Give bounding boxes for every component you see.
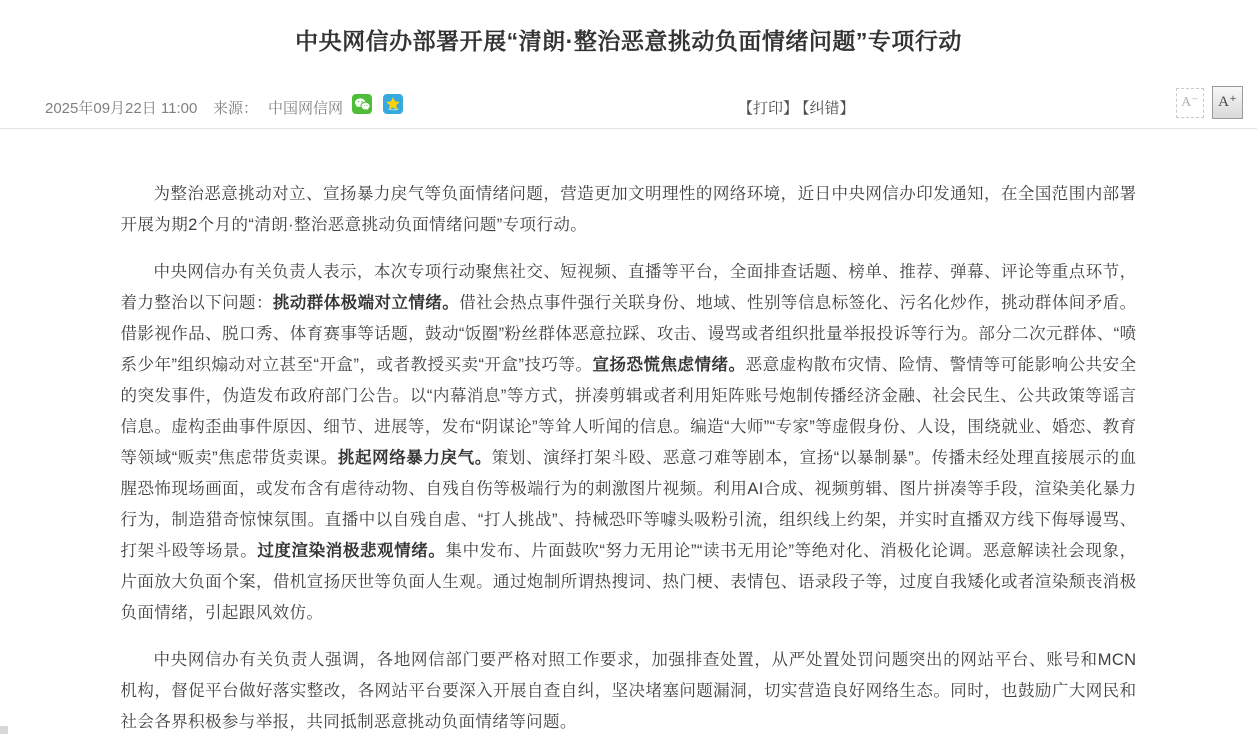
wechat-share-icon[interactable] — [352, 94, 372, 114]
article-actions: 【打印】【纠错】 — [738, 97, 859, 118]
error-correction-button[interactable]: 【纠错】 — [802, 100, 855, 117]
article-paragraph: 为整治恶意挑动对立、宣扬暴力戾气等负面情绪问题，营造更加文明理性的网络环境，近日… — [121, 179, 1137, 241]
text-segment: 中央网信办有关负责人强调，各地网信部门要严格对照工作要求，加强排查处置，从严处置… — [121, 651, 1137, 731]
font-increase-button[interactable]: A⁺ — [1212, 86, 1243, 119]
article-paragraph: 中央网信办有关负责人表示，本次专项行动聚焦社交、短视频、直播等平台，全面排查话题… — [121, 257, 1137, 629]
bold-text-segment: 挑动群体极端对立情绪。 — [273, 294, 459, 312]
publish-date: 2025年09月22日 11:00 — [45, 97, 197, 118]
article-body: 为整治恶意挑动对立、宣扬暴力戾气等负面情绪问题，营造更加文明理性的网络环境，近日… — [121, 129, 1137, 734]
source-label: 来源： — [213, 100, 258, 117]
article-page: 中央网信办部署开展“清朗·整治恶意挑动负面情绪问题”专项行动 2025年09月2… — [0, 0, 1257, 734]
meta-bar: 2025年09月22日 11:00 来源：中国网信网 — [0, 92, 1257, 122]
qzone-share-icon[interactable] — [383, 94, 403, 114]
source-name: 中国网信网 — [268, 100, 343, 117]
font-size-controls: A⁻ A⁺ — [1176, 86, 1243, 119]
text-segment: 为整治恶意挑动对立、宣扬暴力戾气等负面情绪问题，营造更加文明理性的网络环境，近日… — [121, 185, 1137, 234]
print-button[interactable]: 【打印】 — [738, 100, 798, 117]
bold-text-segment: 过度渲染消极悲观情绪。 — [257, 542, 445, 560]
bold-text-segment: 挑起网络暴力戾气。 — [338, 449, 492, 467]
article-paragraph: 中央网信办有关负责人强调，各地网信部门要严格对照工作要求，加强排查处置，从严处置… — [121, 645, 1137, 734]
font-decrease-button[interactable]: A⁻ — [1176, 88, 1204, 118]
bold-text-segment: 宣扬恐慌焦虑情绪。 — [593, 356, 746, 374]
share-icon-group — [352, 94, 410, 114]
page-title: 中央网信办部署开展“清朗·整治恶意挑动负面情绪问题”专项行动 — [0, 0, 1257, 56]
footer-edge — [0, 726, 8, 734]
source-info: 来源：中国网信网 — [213, 97, 343, 118]
